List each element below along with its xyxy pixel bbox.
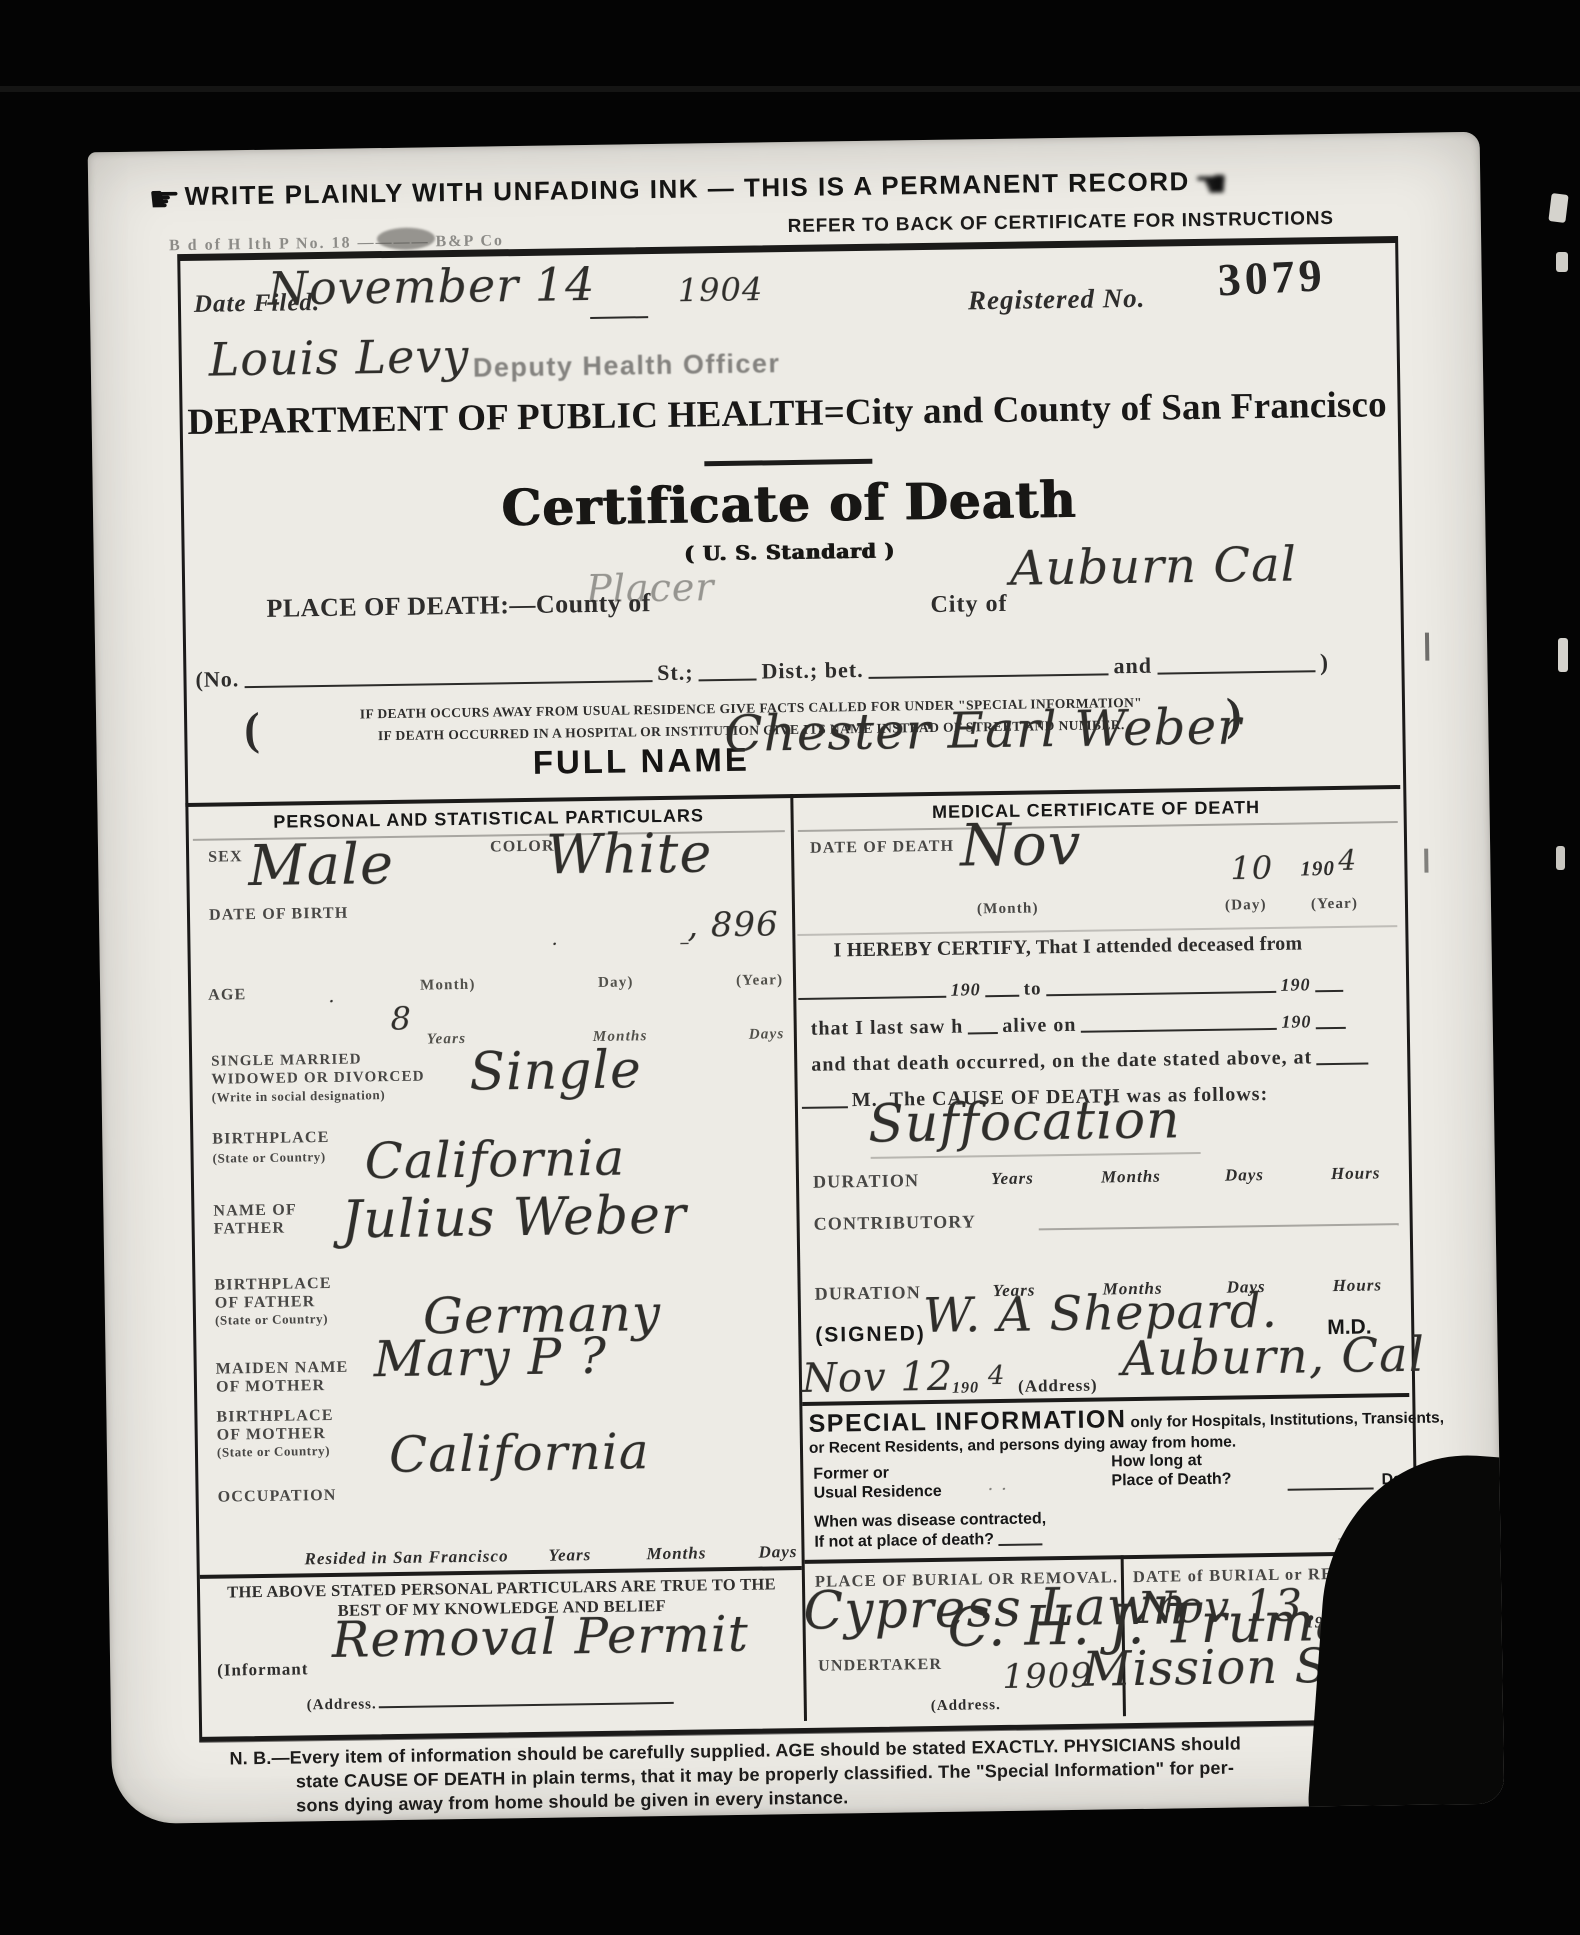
full-name-label: FULL NAME <box>532 741 750 782</box>
dob-dot: · <box>551 932 559 956</box>
dod-year-value: 4 <box>1338 844 1357 877</box>
closing-paren: ) <box>1320 650 1329 676</box>
duration-years-label: Years <box>991 1168 1034 1189</box>
page-edge-glint <box>1556 252 1568 272</box>
duration-hours-label: Hours <box>1331 1163 1381 1184</box>
marital-value: Single <box>469 1040 642 1103</box>
blank-line <box>590 302 648 319</box>
former-residence-marks: · · <box>987 1479 1007 1500</box>
blank-line <box>1046 977 1276 996</box>
mother-birthplace-label2: OF MOTHER <box>217 1425 327 1445</box>
margin-mark <box>1425 633 1429 661</box>
signed-label: (SIGNED) <box>815 1322 926 1348</box>
year-190-a: 190 <box>951 979 981 999</box>
pointing-hand-left-icon: ☚ <box>1194 162 1229 207</box>
instruction-paren-open: ( <box>244 702 261 755</box>
year-190-c: 190 <box>1281 1011 1311 1031</box>
blank-line <box>1081 1014 1277 1033</box>
registered-no-label: Registered No. <box>968 283 1146 317</box>
resided-months-label: Months <box>646 1543 706 1564</box>
blank-line <box>1287 1473 1373 1490</box>
dob-year-value: , 896 <box>687 904 779 945</box>
duration-days-label: Days <box>1225 1165 1264 1186</box>
disease-contracted-label1: When was disease contracted, <box>814 1510 1046 1531</box>
color-value: White <box>546 821 713 886</box>
age-value: 8 <box>390 1000 412 1038</box>
dod-day-label: (Day) <box>1225 897 1267 915</box>
age-label: AGE <box>208 986 247 1005</box>
marital-label-line3: (Write in social designation) <box>212 1087 386 1106</box>
duration2-hours-label: Hours <box>1332 1275 1382 1296</box>
date-of-birth-label: DATE OF BIRTH <box>209 905 349 925</box>
dob-month-label: Month) <box>420 977 476 995</box>
disease-contracted-label2: If not at place of death? <box>814 1531 994 1551</box>
father-birthplace-label1: BIRTHPLACE <box>214 1275 331 1295</box>
informant-address-label: (Address. <box>307 1696 377 1714</box>
city-value: Auburn Cal <box>1010 537 1298 597</box>
blank-line <box>1316 1013 1346 1029</box>
date-filed-year: 1904 <box>678 270 764 309</box>
sex-label: SEX <box>208 848 243 867</box>
duration-label: DURATION <box>813 1170 920 1193</box>
blank-line <box>798 982 946 1000</box>
former-residence-label2: Usual Residence <box>814 1483 942 1503</box>
special-header-strong: SPECIAL INFORMATION <box>808 1405 1126 1438</box>
officer-signature: Louis Levy <box>208 329 469 387</box>
special-header-tail: only for Hospitals, Institutions, Transi… <box>1130 1409 1444 1431</box>
blank-line <box>968 1018 998 1034</box>
blank-line <box>1157 656 1315 674</box>
blank-line <box>985 981 1019 998</box>
dod-month-label: (Month) <box>977 900 1039 918</box>
duration-months-label: Months <box>1101 1167 1161 1188</box>
resided-days-label: Days <box>758 1542 797 1563</box>
county-value: Placer <box>586 565 715 611</box>
father-name-label1: NAME OF <box>213 1201 297 1220</box>
registered-no-value: 3079 <box>1216 248 1327 306</box>
mother-birthplace-label3: (State or Country) <box>217 1443 330 1461</box>
to-label: to <box>1024 978 1042 999</box>
father-birthplace-label2: OF FATHER <box>215 1293 316 1312</box>
former-residence-label1: Former or <box>813 1465 889 1484</box>
dod-year-label: (Year) <box>1311 896 1358 914</box>
age-days-label: Days <box>749 1026 785 1044</box>
informant-label: (Informant <box>217 1659 309 1680</box>
blank-line <box>1316 1049 1368 1066</box>
dod-day-value: 10 <box>1230 849 1273 888</box>
blank-line <box>802 1092 848 1109</box>
blank-line <box>698 665 756 682</box>
footnote-line3: sons dying away from home should be give… <box>296 1787 848 1816</box>
page-edge-glint <box>1558 638 1568 672</box>
contributory-label: CONTRIBUTORY <box>813 1211 976 1234</box>
blank-line <box>1315 976 1343 992</box>
mother-name-label1: MAIDEN NAME <box>216 1359 349 1379</box>
page-edge-glint <box>1548 193 1568 223</box>
duration2-label: DURATION <box>815 1282 922 1305</box>
occupation-label: OCCUPATION <box>218 1487 337 1507</box>
birthplace-label: BIRTHPLACE <box>212 1129 329 1149</box>
undertaker-address-no: 1909 <box>1002 1656 1093 1697</box>
refer-instruction: REFER TO BACK OF CERTIFICATE FOR INSTRUC… <box>734 208 1334 239</box>
howlong-label2: Place of Death? <box>1111 1471 1231 1491</box>
city-of-label: City of <box>930 591 1007 619</box>
sex-value: Male <box>248 832 395 899</box>
resided-label: Resided in San Francisco <box>304 1546 508 1569</box>
father-name-value: Julius Weber <box>341 1186 687 1251</box>
signed-year-value: 4 <box>988 1361 1006 1391</box>
margin-mark <box>1424 849 1428 873</box>
alive-on-label: alive on <box>1002 1014 1076 1037</box>
banner-text: WRITE PLAINLY WITH UNFADING INK — THIS I… <box>184 166 1190 211</box>
signed-year-prefix: 190 <box>952 1379 979 1397</box>
age-dot: · <box>328 989 336 1013</box>
informant-value: Removal Permit <box>331 1605 749 1669</box>
pointing-hand-right-icon: ☛ <box>148 179 181 220</box>
dod-year-prefix: 190 <box>1300 856 1335 882</box>
signed-address-label: (Address) <box>1018 1376 1098 1397</box>
age-years-label: Years <box>427 1031 467 1049</box>
howlong-label1: How long at <box>1111 1452 1202 1471</box>
blank-line <box>244 666 652 688</box>
full-name-value: Chester Earl Weber <box>724 697 1242 763</box>
cause-of-death-value: Suffocation <box>868 1090 1181 1155</box>
year-190-b: 190 <box>1280 974 1310 994</box>
date-of-death-label: DATE OF DEATH <box>810 838 954 858</box>
dod-month-value: Nov <box>960 810 1082 880</box>
birthplace-sublabel: (State or Country) <box>212 1149 325 1167</box>
marital-label-line1: SINGLE MARRIED <box>211 1051 362 1070</box>
undertaker-address-label: (Address. <box>931 1697 1001 1715</box>
film-seam <box>0 86 1580 92</box>
disease-contracted-line2: If not at place of death? <box>814 1529 1042 1551</box>
father-name-label2: FATHER <box>214 1220 286 1239</box>
mother-birthplace-value: California <box>389 1422 650 1484</box>
signed-address-value: Auburn, Cal <box>1121 1327 1425 1387</box>
page-edge-glint <box>1556 846 1565 870</box>
and-label: and <box>1113 653 1152 679</box>
resided-years-label: Years <box>548 1545 591 1566</box>
signed-date-value: Nov 12 <box>802 1354 954 1402</box>
birthplace-value: California <box>364 1129 625 1191</box>
st-label: St.; <box>657 659 694 685</box>
dob-day-label: Day) <box>598 974 634 992</box>
dist-label: Dist.; bet. <box>761 657 863 684</box>
dob-year-label: (Year) <box>736 972 783 990</box>
mother-birthplace-label1: BIRTHPLACE <box>216 1407 333 1427</box>
father-birthplace-label3: (State or Country) <box>215 1311 328 1329</box>
date-filed-value: November 14 <box>267 257 595 316</box>
certificate-paper: ☛ WRITE PLAINLY WITH UNFADING INK — THIS… <box>88 132 1505 1824</box>
officer-title-stamp: Deputy Health Officer <box>473 348 781 384</box>
mother-name-label2: OF MOTHER <box>216 1377 326 1397</box>
blank-line <box>868 659 1108 679</box>
undertaker-label: UNDERTAKER <box>818 1656 942 1676</box>
blank-line <box>998 1529 1042 1546</box>
undertaker-address-street: Mission St <box>1082 1638 1349 1698</box>
mother-name-value: Mary P ? <box>373 1327 607 1388</box>
marital-label-line2: WIDOWED OR DIVORCED <box>211 1069 425 1089</box>
last-saw-label: that I last saw h <box>811 1016 964 1040</box>
no-label: (No. <box>195 666 239 692</box>
